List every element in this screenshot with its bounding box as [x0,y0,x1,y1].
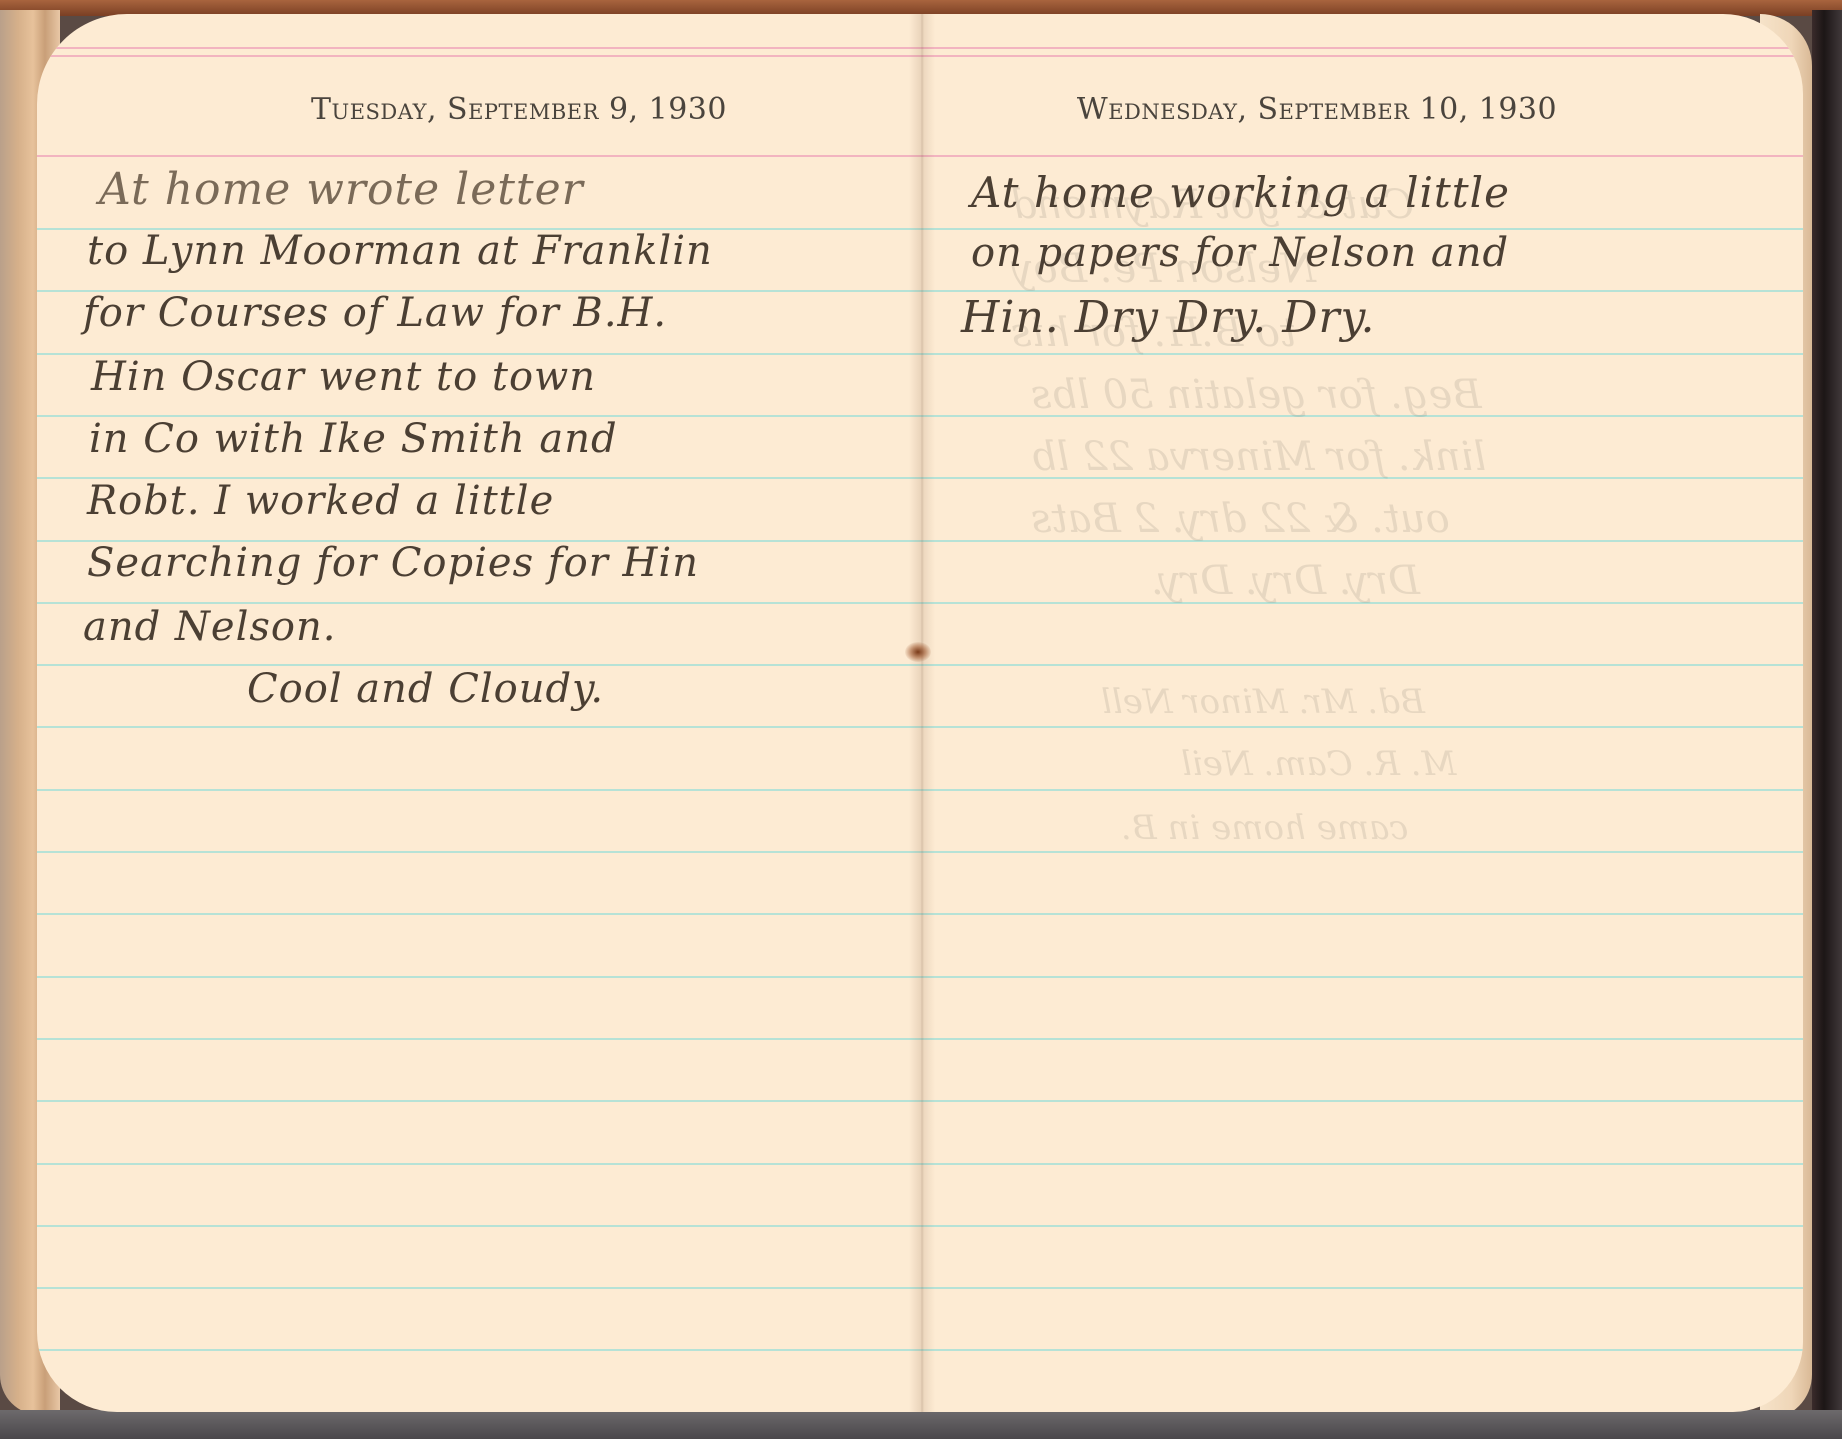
header-rule [921,155,1803,157]
top-rule [37,47,921,49]
top-rule [921,47,1803,49]
handwritten-line: Searching for Copies for Hin [87,540,699,586]
handwritten-line: Robt. I worked a little [87,478,554,524]
diary-spread: Tuesday, September 9, 1930 At home wrote… [37,14,1803,1412]
bleed-through-text: Bd. Mr. Minor Nell [1101,682,1425,722]
date-header: Wednesday, September 10, 1930 [921,92,1803,127]
bleed-through-text: out. & 22 dry. 2 Bats [1031,496,1450,542]
handwritten-line: Hin. Dry Dry. Dry. [961,292,1376,343]
scanner-bed-edge [0,1410,1842,1439]
handwritten-line: on papers for Nelson and [971,230,1509,276]
handwritten-line: At home working a little [971,168,1510,217]
book-gutter [909,14,935,1412]
handwritten-line: and Nelson. [83,604,336,650]
handwritten-line: At home wrote letter [99,164,584,215]
handwritten-line: for Courses of Law for B.H. [83,290,667,336]
handwritten-line: Cool and Cloudy. [247,666,604,712]
handwritten-line: in Co with Ike Smith and [89,416,618,462]
bleed-through-text: Dry. Dry. Dry. [1151,558,1420,604]
bleed-through-text: link. for Minerva 22 lb [1031,434,1486,480]
top-rule [921,55,1803,57]
top-rule [37,55,921,57]
vinyl-sleeve-edge [1812,10,1842,1420]
header-rule [37,155,921,157]
bleed-through-text: M. R. Cam. Neil [1181,744,1456,784]
bleed-through-text: came home in B. [1121,808,1408,848]
ink-stain [905,642,931,662]
bleed-through-text: Beg. for gelatin 50 lbs [1031,372,1482,418]
handwritten-line: to Lynn Moorman at Franklin [87,228,713,274]
handwritten-line: Hin Oscar went to town [91,354,596,400]
left-page: Tuesday, September 9, 1930 At home wrote… [37,14,921,1412]
right-page: Wednesday, September 10, 1930 Cut & got … [921,14,1803,1412]
date-header: Tuesday, September 9, 1930 [37,92,921,127]
